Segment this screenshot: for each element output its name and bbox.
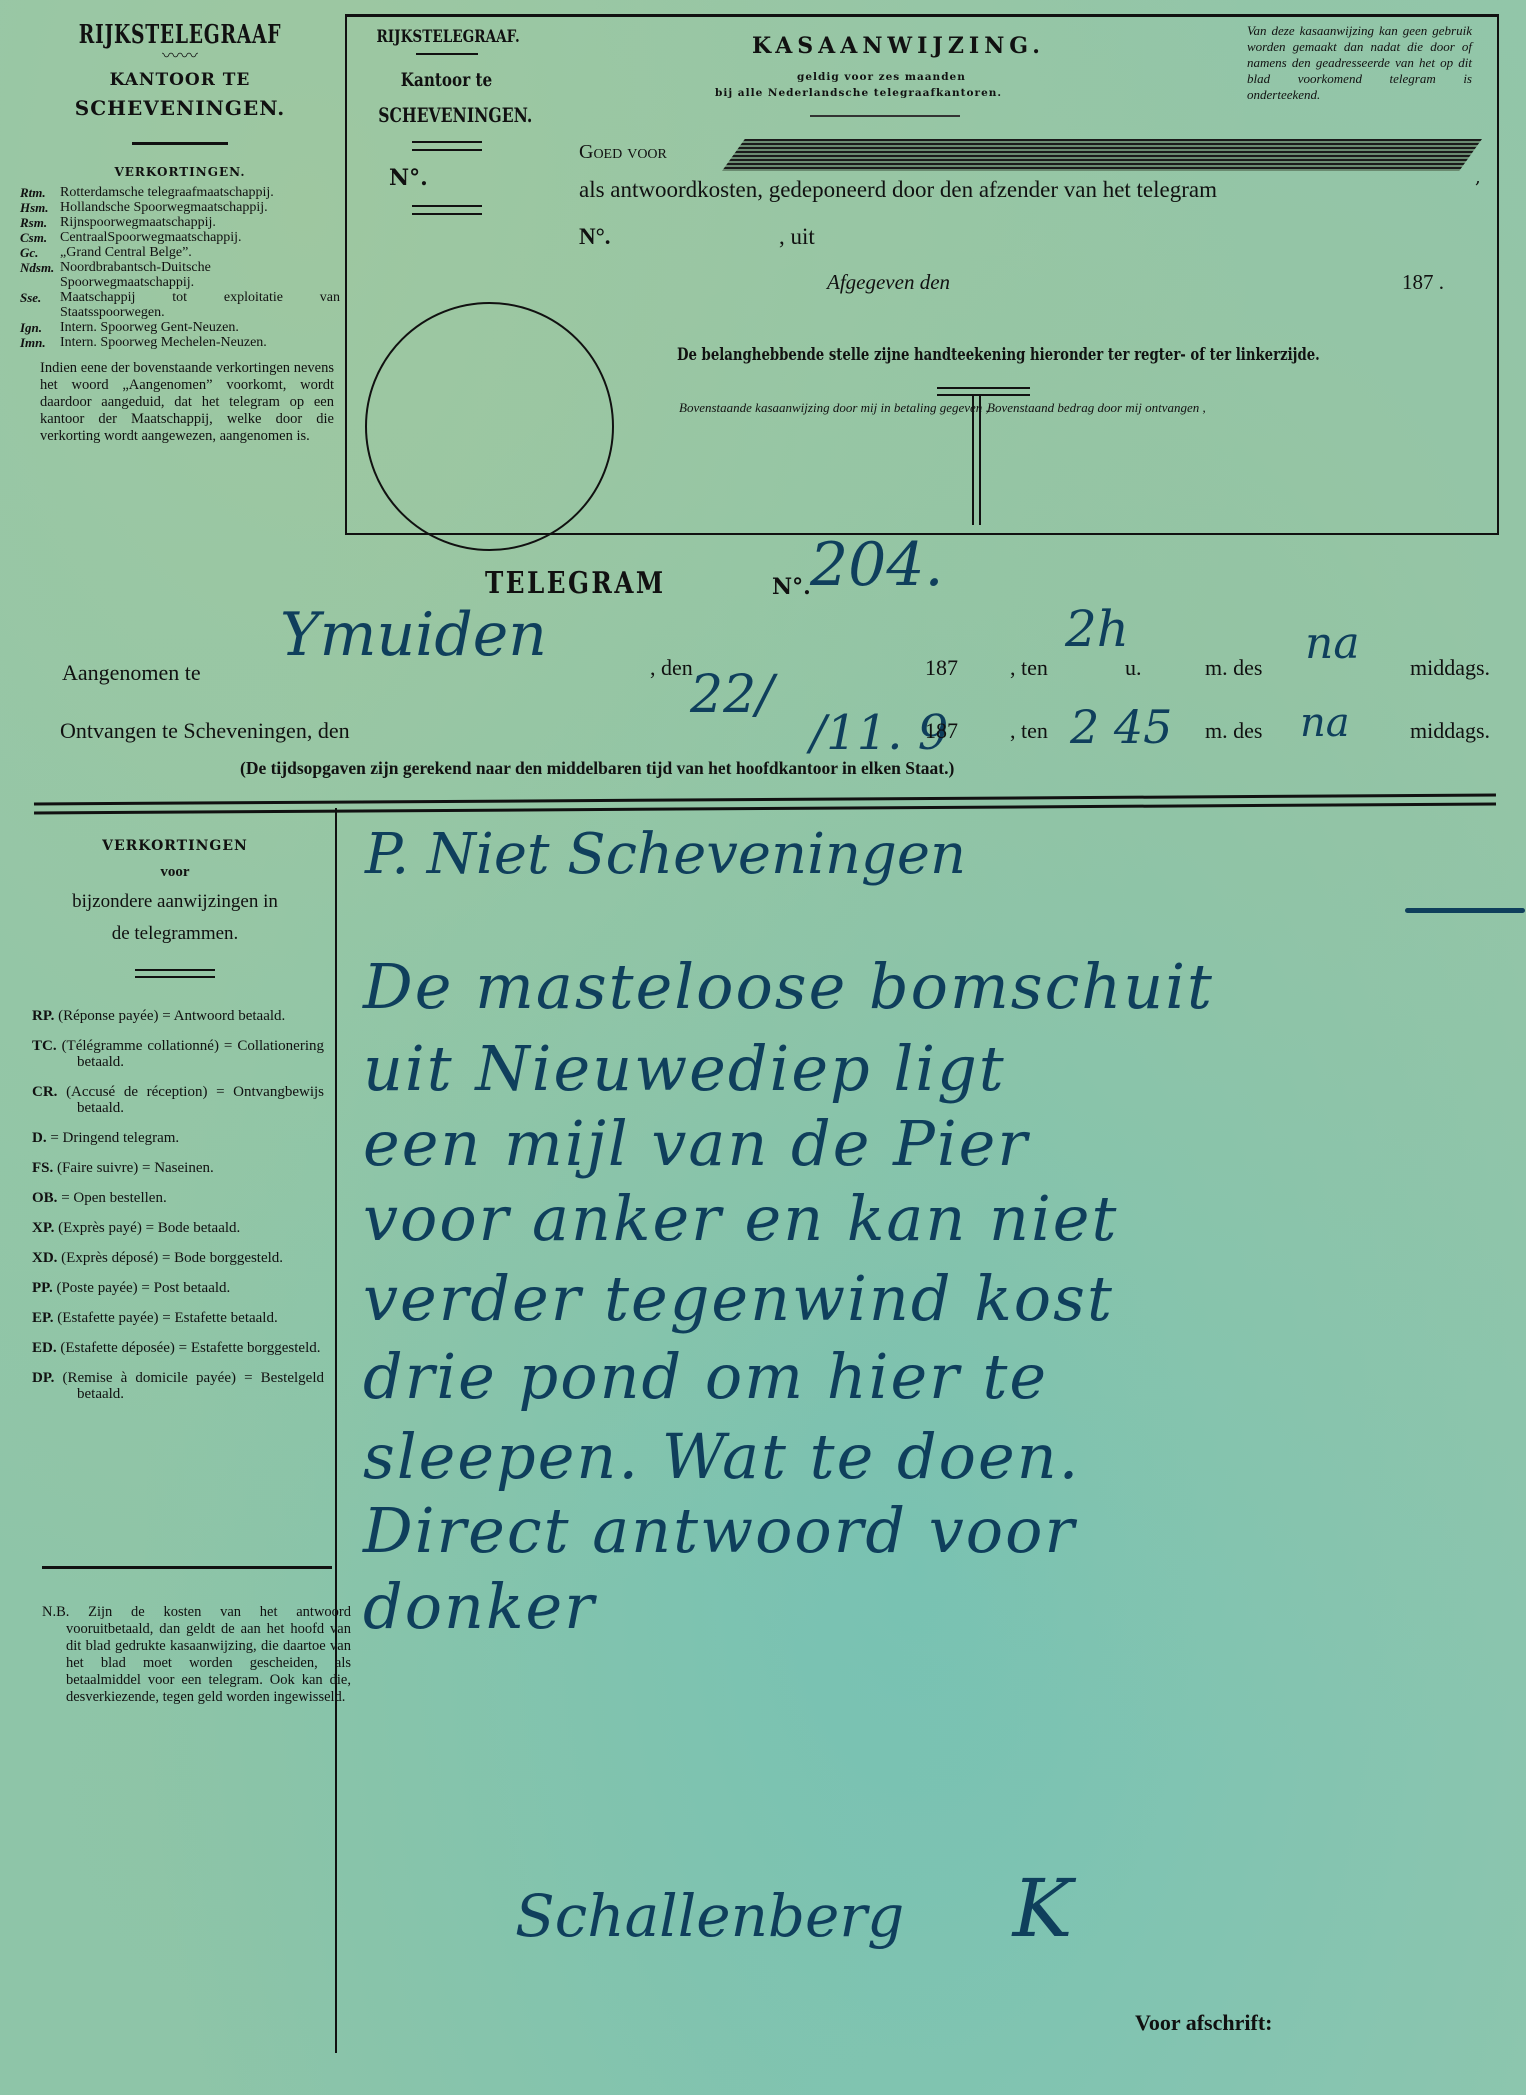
- telegram-number-value: 204.: [810, 530, 944, 600]
- instruction-item: CR. (Accusé de réception) = Ontvangbewij…: [32, 1084, 324, 1116]
- abbreviation-item: Csm.CentraalSpoorwegmaatschappij.: [20, 230, 340, 245]
- instruction-code: TC.: [32, 1038, 57, 1054]
- antwoordkosten-line: als antwoordkosten, gedeponeerd door den…: [579, 177, 1217, 203]
- instruction-item: EP. (Estafette payée) = Estafette betaal…: [32, 1310, 324, 1326]
- middags-label: middags.: [1410, 718, 1490, 744]
- amount-comma: ,: [1475, 167, 1481, 188]
- u-label: u.: [1125, 655, 1142, 681]
- office-header-column: RIJKSTELEGRAAF 〰〰 KANTOOR TE SCHEVENINGE…: [20, 0, 340, 445]
- aangenomen-label: Aangenomen te: [62, 660, 201, 686]
- instruction-item: PP. (Poste payée) = Post betaald.: [32, 1280, 324, 1296]
- instruction-code: ED.: [32, 1340, 57, 1356]
- nb-note: N.B. Zijn de kosten van het antwoord voo…: [42, 1604, 351, 1706]
- signature-initial: K: [1013, 1862, 1073, 1955]
- abbreviation-code: Sse.: [20, 290, 60, 320]
- abbreviation-code: Hsm.: [20, 200, 60, 215]
- signature-left-caption: Bovenstaande kasaanwijzing door mij in b…: [679, 400, 989, 416]
- abbreviation-code: Ndsm.: [20, 260, 60, 290]
- kasaanwijzing-title: KASAANWIJZING.: [752, 33, 1045, 59]
- bijzondere-heading: VERKORTINGEN: [20, 838, 330, 854]
- double-rule: [937, 387, 1030, 396]
- aangenomen-place: Ymuiden: [280, 600, 547, 670]
- ten-label: , ten: [1010, 655, 1048, 681]
- instruction-code: CR.: [32, 1084, 57, 1100]
- instruction-item: D. = Dringend telegram.: [32, 1130, 324, 1146]
- message-line: voor anker en kan niet: [363, 1182, 1118, 1255]
- aangenomen-ampm: na: [1305, 618, 1360, 669]
- instruction-text: (Réponse payée) = Antwoord betaald.: [58, 1008, 285, 1024]
- instruction-text: (Poste payée) = Post betaald.: [56, 1280, 230, 1296]
- telegram-number-label: N°.: [772, 574, 811, 600]
- company-abbreviation-list: Rtm.Rotterdamsche telegraafmaatschappij.…: [20, 185, 340, 350]
- stamp-circle: [365, 302, 614, 551]
- bijzondere-heading-voor: voor: [20, 864, 330, 881]
- instruction-code: XD.: [32, 1250, 57, 1266]
- message-signature: Schallenberg K: [515, 1862, 1072, 1955]
- abbreviation-code: Rsm.: [20, 215, 60, 230]
- instruction-code: XP.: [32, 1220, 54, 1236]
- abbreviation-code: Ign.: [20, 320, 60, 335]
- ornament-squiggle: 〰〰: [20, 52, 340, 62]
- telegram-title: TELEGRAM: [485, 566, 666, 601]
- abbreviation-item: Imn.Intern. Spoorweg Mechelen-Neuzen.: [20, 335, 340, 350]
- abbreviation-text: Maatschappij tot exploitatie van Staatss…: [60, 290, 340, 320]
- instruction-text: (Estafette payée) = Estafette betaald.: [57, 1310, 277, 1326]
- instruction-item: ED. (Estafette déposée) = Estafette borg…: [32, 1340, 324, 1356]
- abbreviation-item: Ign.Intern. Spoorweg Gent-Neuzen.: [20, 320, 340, 335]
- abbreviation-item: Gc.„Grand Central Belge”.: [20, 245, 340, 260]
- abbreviation-item: Rsm.Rijnspoorwegmaatschappij.: [20, 215, 340, 230]
- message-line: verder tegenwind kost: [363, 1262, 1114, 1335]
- bijzondere-heading-line3: bijzondere aanwijzingen in: [20, 891, 330, 913]
- double-rule: [412, 205, 482, 215]
- instruction-code: RP.: [32, 1008, 54, 1024]
- ten-label: , ten: [1010, 718, 1048, 744]
- ontvangen-label: Ontvangen te Scheveningen, den: [60, 718, 350, 744]
- column-divider: [335, 808, 337, 2053]
- special-instructions-column: VERKORTINGEN voor bijzondere aanwijzinge…: [20, 838, 330, 1416]
- validity-line-1: geldig voor zes maanden: [797, 71, 966, 83]
- abbreviation-item: Hsm.Hollandsche Spoorwegmaatschappij.: [20, 200, 340, 215]
- abbreviation-note: Indien eene der bovenstaande verkortinge…: [20, 360, 340, 445]
- amount-hatch-field: [722, 139, 1482, 171]
- divider: [132, 142, 228, 145]
- special-instruction-list: RP. (Réponse payée) = Antwoord betaald.T…: [20, 1008, 330, 1402]
- middags-label: middags.: [1410, 655, 1490, 681]
- message-line: De masteloose bomschuit: [363, 950, 1214, 1023]
- m-des-label: m. des: [1205, 655, 1262, 681]
- kantoor-label: KANTOOR TE: [20, 70, 340, 90]
- message-address: P. Niet Scheveningen: [365, 822, 966, 887]
- uit-label: , uit: [779, 224, 815, 250]
- verkortingen-heading: VERKORTINGEN.: [20, 165, 340, 179]
- abbreviation-item: Rtm.Rotterdamsche telegraafmaatschappij.: [20, 185, 340, 200]
- address-underline: [1405, 908, 1525, 913]
- time-note: (De tijdsopgaven zijn gerekend naar den …: [240, 758, 954, 779]
- instruction-item: TC. (Télégramme collationné) = Collation…: [32, 1038, 324, 1070]
- instruction-text: = Open bestellen.: [61, 1190, 167, 1206]
- instruction-text: (Télégramme collationné) = Collationerin…: [62, 1038, 324, 1070]
- stub-place: SCHEVENINGEN.: [378, 103, 515, 127]
- divider: [416, 53, 478, 55]
- abbreviation-text: Hollandsche Spoorwegmaatschappij.: [60, 200, 340, 215]
- abbreviation-text: Intern. Spoorweg Mechelen-Neuzen.: [60, 335, 340, 350]
- office-place: SCHEVENINGEN.: [20, 96, 340, 120]
- ontvangen-ampm: na: [1300, 700, 1350, 746]
- abbreviation-item: Sse.Maatschappij tot exploitatie van Sta…: [20, 290, 340, 320]
- voucher-stub: RIJKSTELEGRAAF. Kantoor te SCHEVENINGEN.…: [359, 27, 534, 229]
- abbreviation-code: Rtm.: [20, 185, 60, 200]
- instruction-code: OB.: [32, 1190, 57, 1206]
- voucher-usage-note: Van deze kasaanwijzing kan geen gebruik …: [1247, 23, 1472, 103]
- abbreviation-item: Ndsm.Noordbrabantsch-Duitsche Spoorwegma…: [20, 260, 340, 290]
- divider: [42, 1566, 332, 1569]
- m-des-label: m. des: [1205, 718, 1262, 744]
- voor-afschrift-label: Voor afschrift:: [1135, 2010, 1272, 2036]
- signature-name: Schallenberg: [515, 1882, 904, 1950]
- instruction-code: EP.: [32, 1310, 54, 1326]
- instruction-item: OB. = Open bestellen.: [32, 1190, 324, 1206]
- goed-voor-label: Goed voor: [579, 141, 667, 164]
- instruction-item: XP. (Exprès payé) = Bode betaald.: [32, 1220, 324, 1236]
- instruction-code: FS.: [32, 1160, 53, 1176]
- stub-title: RIJKSTELEGRAAF.: [377, 27, 517, 47]
- double-rule: [135, 969, 215, 978]
- aangenomen-hour: 2h: [1065, 600, 1129, 658]
- message-line: uit Nieuwediep ligt: [363, 1032, 1006, 1105]
- rijkstelegraaf-title: RIJKSTELEGRAAF: [65, 20, 295, 50]
- instruction-code: DP.: [32, 1370, 54, 1386]
- instruction-code: PP.: [32, 1280, 53, 1296]
- instruction-code: D.: [32, 1130, 47, 1146]
- instruction-item: RP. (Réponse payée) = Antwoord betaald.: [32, 1008, 324, 1024]
- message-line: donker: [363, 1570, 596, 1643]
- abbreviation-text: Intern. Spoorweg Gent-Neuzen.: [60, 320, 340, 335]
- instruction-text: (Exprès payé) = Bode betaald.: [58, 1220, 240, 1236]
- afgegeven-label: Afgegeven den: [827, 270, 950, 295]
- abbreviation-text: CentraalSpoorwegmaatschappij.: [60, 230, 340, 245]
- instruction-item: XD. (Exprès déposé) = Bode borggesteld.: [32, 1250, 324, 1266]
- ontvangen-hour: 2 45: [1070, 700, 1172, 754]
- abbreviation-text: Noordbrabantsch-Duitsche Spoorwegmaatsch…: [60, 260, 340, 290]
- message-line: sleepen. Wat te doen.: [363, 1420, 1080, 1493]
- validity-line-2: bij alle Nederlandsche telegraafkantoren…: [715, 87, 1002, 99]
- divider: [810, 115, 960, 117]
- double-rule: [412, 141, 482, 151]
- instruction-item: DP. (Remise à domicile payée) = Bestelge…: [32, 1370, 324, 1402]
- instruction-text: (Remise à domicile payée) = Bestelgeld b…: [63, 1370, 325, 1402]
- signature-right-caption: Bovenstaand bedrag door mij ontvangen ,: [987, 400, 1206, 416]
- stub-kantoor: Kantoor te: [377, 69, 517, 91]
- telegram-number-label: N°.: [579, 224, 611, 250]
- instruction-item: FS. (Faire suivre) = Naseinen.: [32, 1160, 324, 1176]
- instruction-text: = Dringend telegram.: [50, 1130, 179, 1146]
- message-line: drie pond om hier te: [363, 1340, 1048, 1413]
- instruction-text: (Faire suivre) = Naseinen.: [57, 1160, 214, 1176]
- aangenomen-date: 22/: [690, 665, 774, 725]
- section-double-rule: [34, 794, 1496, 815]
- instruction-text: (Exprès déposé) = Bode borggesteld.: [61, 1250, 283, 1266]
- message-line: Direct antwoord voor: [363, 1494, 1076, 1567]
- abbreviation-code: Gc.: [20, 245, 60, 260]
- stub-number-label: N°.: [359, 165, 534, 191]
- instruction-text: (Accusé de réception) = Ontvangbewijs be…: [66, 1084, 324, 1116]
- abbreviation-text: Rijnspoorwegmaatschappij.: [60, 215, 340, 230]
- message-line: een mijl van de Pier: [363, 1107, 1029, 1180]
- den-label: , den: [650, 655, 693, 681]
- instruction-text: (Estafette déposée) = Estafette borggest…: [60, 1340, 320, 1356]
- signature-instruction: De belanghebbende stelle zijne handteeke…: [677, 345, 1320, 365]
- abbreviation-code: Imn.: [20, 335, 60, 350]
- abbreviation-code: Csm.: [20, 230, 60, 245]
- abbreviation-text: Rotterdamsche telegraafmaatschappij.: [60, 185, 340, 200]
- year-label: 187: [925, 655, 958, 681]
- abbreviation-text: „Grand Central Belge”.: [60, 245, 340, 260]
- kasaanwijzing-voucher: RIJKSTELEGRAAF. Kantoor te SCHEVENINGEN.…: [345, 14, 1499, 535]
- afgegeven-year: 187 .: [1402, 270, 1444, 295]
- year-label: 187: [925, 718, 958, 744]
- bijzondere-heading-line4: de telegrammen.: [20, 923, 330, 945]
